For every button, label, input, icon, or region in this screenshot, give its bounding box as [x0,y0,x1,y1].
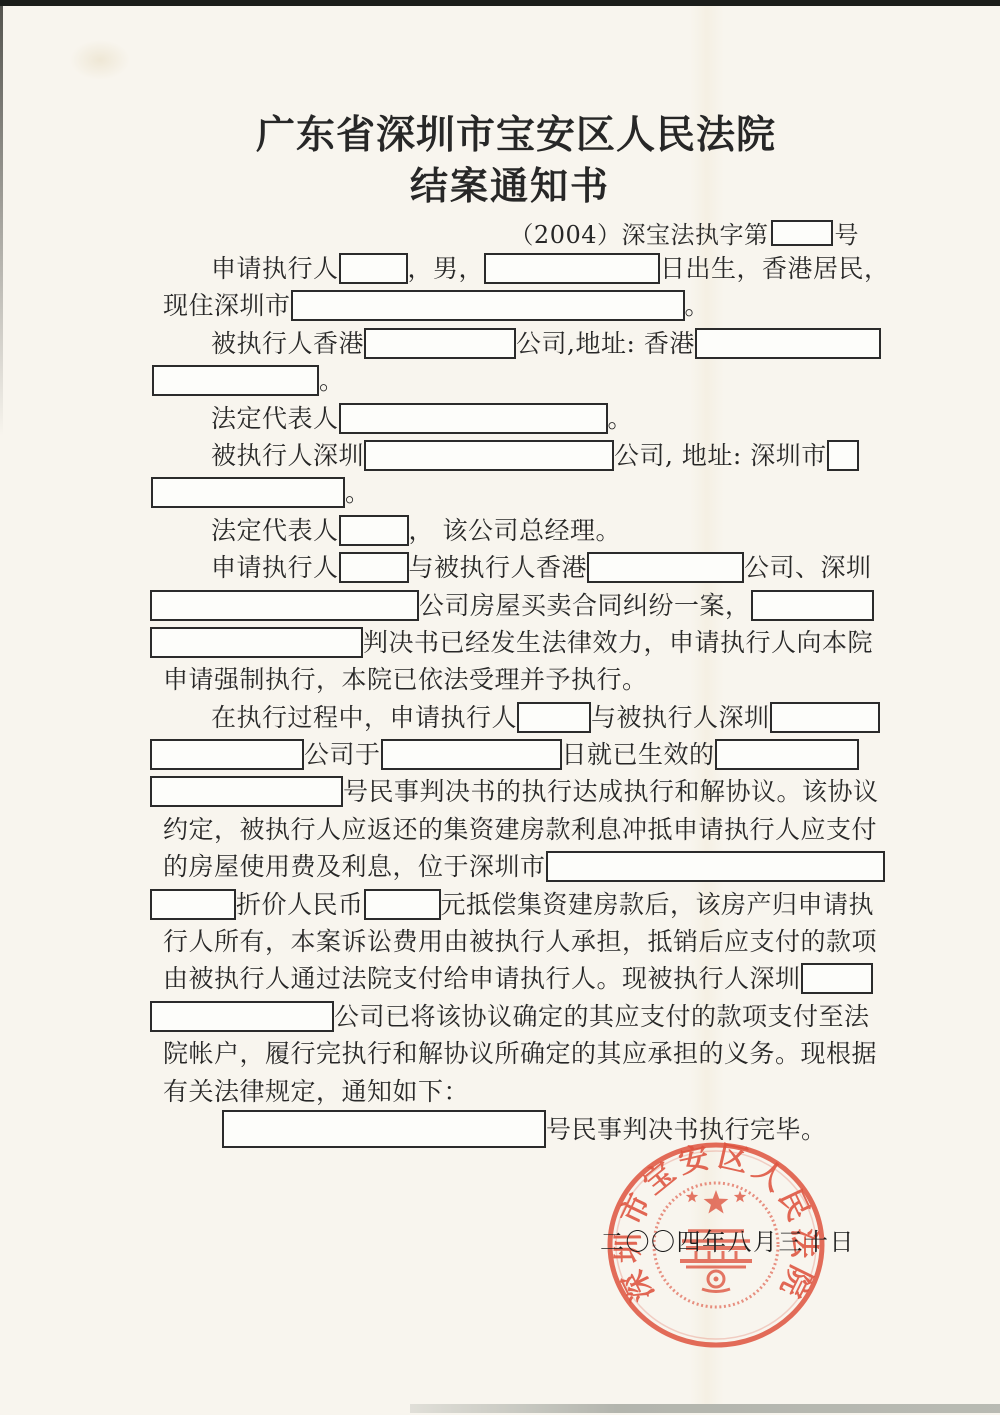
issue-date: 二〇〇四年八月三十日 [600,1222,855,1257]
scan-bottom-edge [410,1404,1000,1413]
redaction-box [150,776,343,807]
scanned-document-page: 广东省深圳市宝安区人民法院 结案通知书 （2004）深宝法执字第 号 申请执行人… [0,0,1000,1415]
redaction-box [339,515,409,546]
redaction-box [364,328,516,359]
body-text: 约定，被执行人应返还的集资建房款利息冲抵申请执行人应支付 [163,815,877,844]
body-text: 申请执行人 [211,254,339,283]
body-text: 。 [319,366,345,395]
body-line: 。 [163,362,908,399]
body-line: 申请强制执行，本院已依法受理并予执行。 [163,661,908,698]
body-line: 公司于日就已生效的 [163,736,908,773]
scan-left-edge [0,6,3,436]
body-line: 有关法律规定，通知如下： [163,1073,908,1110]
body-line: 的房屋使用费及利息，位于深圳市 [163,848,908,885]
body-text: 公司已将该协议确定的其应支付的款项支付至法 [334,1002,870,1031]
body-text: 日出生，香港居民， [660,254,890,283]
body-line: 被执行人深圳公司, 地址: 深圳市 [163,437,908,474]
redaction-box [150,627,363,658]
redaction-box [150,1001,334,1032]
document-title: 结案通知书 [0,162,1000,210]
redaction-box [751,590,874,621]
body-text: 公司房屋买卖合同纠纷一案， [419,591,751,620]
redaction-box [587,552,744,583]
redaction-box [517,702,591,733]
body-text: 折价人民币 [236,890,364,919]
redaction-box [827,440,859,471]
body-line: 行人所有，本案诉讼费用由被执行人承担，抵销后应支付的款项 [163,923,908,960]
body-line: 法定代表人。 [163,400,908,437]
document-body: 申请执行人，男，日出生，香港居民，现住深圳市。被执行人香港公司,地址: 香港。法… [163,250,908,1147]
body-text: 。 [685,291,711,320]
body-text: 由被执行人通过法院支付给申请执行人。现被执行人深圳 [163,964,801,993]
body-line: 申请执行人与被执行人香港公司、深圳 [163,549,908,586]
redaction-box [364,889,441,920]
body-text: 法定代表人 [211,516,339,545]
body-line: 约定，被执行人应返还的集资建房款利息冲抵申请执行人应支付 [163,811,908,848]
body-text: ， 该公司总经理。 [409,516,621,545]
redaction-box [770,702,880,733]
body-text: 号民事判决书的执行达成执行和解协议。该协议 [343,777,879,806]
body-text: 公司, 地址: 深圳市 [614,441,827,470]
body-text: 与被执行人深圳 [591,703,770,732]
redaction-box [339,403,608,434]
body-line: 院帐户，履行完执行和解协议所确定的其应承担的义务。现根据 [163,1035,908,1072]
body-line: 被执行人香港公司,地址: 香港 [163,325,908,362]
redaction-box [150,889,236,920]
body-text: 。 [608,404,634,433]
body-text: 。 [345,478,371,507]
body-text: 公司、深圳 [744,553,872,582]
body-text: 被执行人香港 [211,329,364,358]
body-line: 。 [163,474,908,511]
redaction-box [152,365,319,396]
body-line: 折价人民币元抵偿集资建房款后，该房产归申请执 [163,886,908,923]
body-text: 判决书已经发生法律效力，申请执行人向本院 [363,628,873,657]
body-text: 与被执行人香港 [409,553,588,582]
body-line: 公司房屋买卖合同纠纷一案， [163,587,908,624]
scan-top-edge [0,0,1000,6]
body-text: 公司于 [304,740,381,769]
court-name-heading: 广东省深圳市宝安区人民法院 [0,112,1000,160]
body-text: 在执行过程中，申请执行人 [211,703,517,732]
redaction-box [291,290,685,321]
body-text: 申请强制执行，本院已依法受理并予执行。 [163,665,648,694]
body-text: 的房屋使用费及利息，位于深圳市 [163,852,546,881]
body-text: 被执行人深圳 [211,441,364,470]
body-line: 号民事判决书的执行达成执行和解协议。该协议 [163,773,908,810]
body-text: 元抵偿集资建房款后，该房产归申请执 [441,890,875,919]
body-line: 现住深圳市。 [163,287,908,324]
case-number-line: （2004）深宝法执字第 号 [163,214,893,251]
case-number-suffix: 号 [835,215,860,250]
redaction-box [339,552,409,583]
redaction-box [151,477,345,508]
body-line: 由被执行人通过法院支付给申请执行人。现被执行人深圳 [163,960,908,997]
redaction-box [339,253,408,284]
body-line: 判决书已经发生法律效力，申请执行人向本院 [163,624,908,661]
body-text: 现住深圳市 [163,291,291,320]
redaction-box [801,963,873,994]
redaction-box [364,440,614,471]
redaction-box [771,220,833,246]
redaction-box [695,328,881,359]
body-text: ，男， [408,254,485,283]
body-line: 申请执行人，男，日出生，香港居民， [163,250,908,287]
body-line: 公司已将该协议确定的其应支付的款项支付至法 [163,998,908,1035]
redaction-box [381,739,562,770]
body-text: 公司,地址: 香港 [516,329,695,358]
redaction-box [222,1110,546,1148]
body-text: 有关法律规定，通知如下： [163,1077,469,1106]
redaction-box [150,739,304,770]
body-line: 在执行过程中，申请执行人与被执行人深圳 [163,699,908,736]
redaction-box [546,851,885,882]
redaction-box [484,253,660,284]
body-text: 行人所有，本案诉讼费用由被执行人承担，抵销后应支付的款项 [163,927,877,956]
body-text: 院帐户，履行完执行和解协议所确定的其应承担的义务。现根据 [163,1039,877,1068]
case-number-prefix: （2004）深宝法执字第 [509,215,768,250]
redaction-box [150,590,419,621]
body-text: 申请执行人 [211,553,339,582]
body-text: 日就已生效的 [562,740,715,769]
paper-stain [70,40,130,80]
redaction-box [715,739,859,770]
body-line: 法定代表人， 该公司总经理。 [163,512,908,549]
body-text: 法定代表人 [211,404,339,433]
